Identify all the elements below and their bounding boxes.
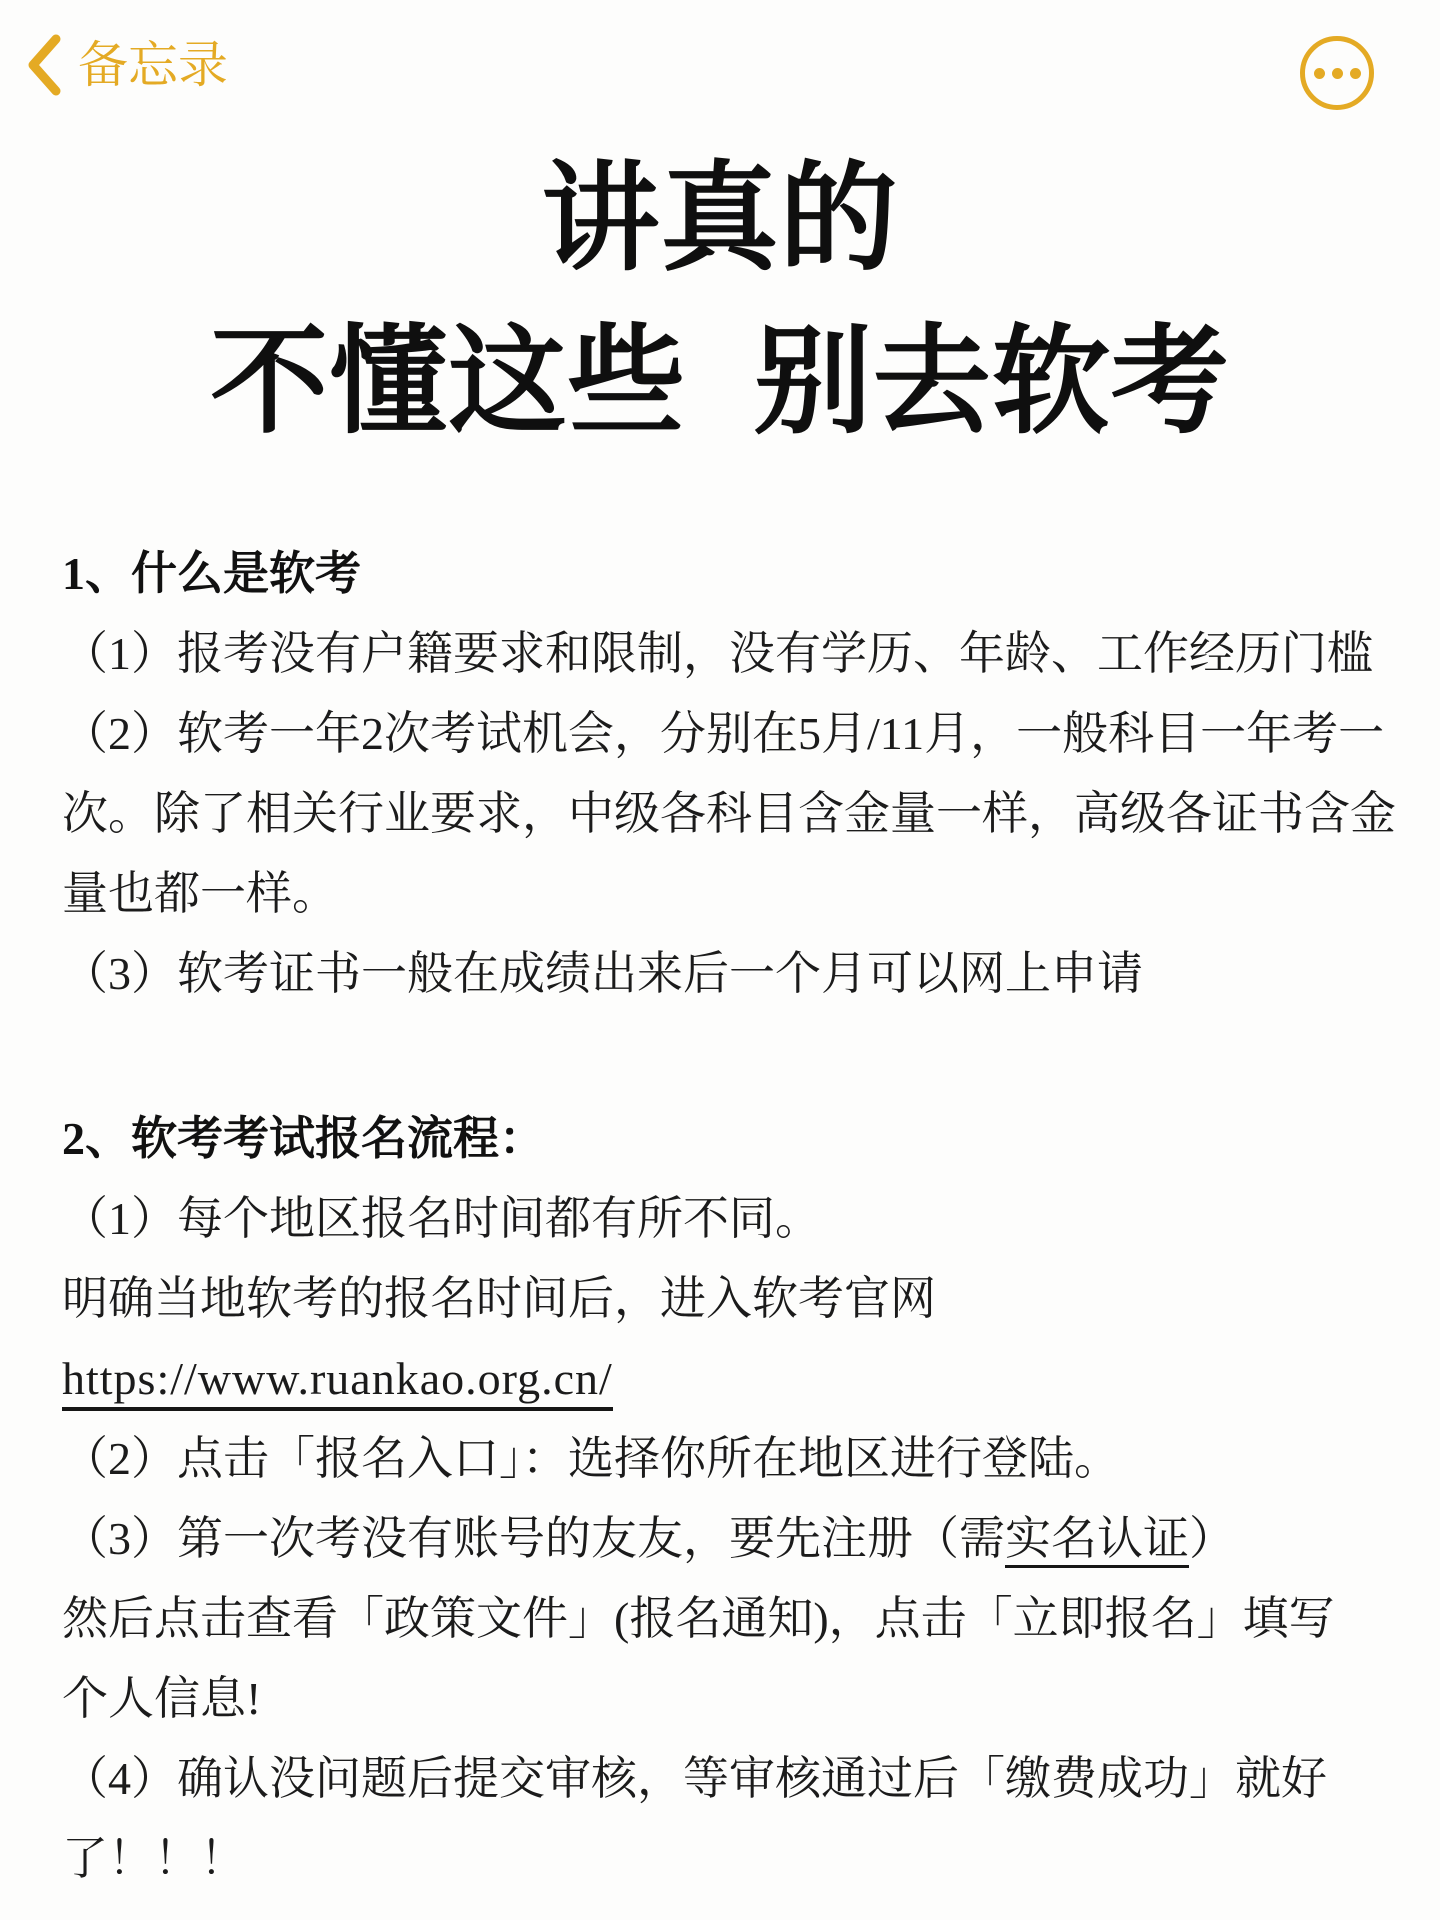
section2-heading: 2、软考考试报名流程： (62, 1099, 1378, 1179)
note-line: （1）报考没有户籍要求和限制，没有学历、年龄、工作经历门槛 (62, 614, 1378, 694)
note-line: https://www.ruankao.org.cn/ (62, 1339, 1378, 1419)
top-navigation-bar: 备忘录 (0, 0, 1440, 116)
note-title: 讲真的 不懂这些 别去软考 (0, 138, 1440, 464)
note-line: （2）点击「报名入口」：选择你所在地区进行登陆。 (62, 1419, 1378, 1499)
note-title-line-2: 不懂这些 别去软考 (0, 301, 1440, 464)
note-line: 量也都一样。 (62, 854, 1378, 934)
note-line: 次。除了相关行业要求，中级各科目含金量一样，高级各证书含金 (62, 774, 1378, 854)
note-line: （3）第一次考没有账号的友友，要先注册（需实名认证） (62, 1499, 1378, 1579)
note-line: （2）软考一年2次考试机会，分别在5月/11月，一般科目一年考一 (62, 694, 1378, 774)
section-what-is-ruankao: 1、什么是软考 （1）报考没有户籍要求和限制，没有学历、年龄、工作经历门槛 （2… (62, 534, 1378, 1014)
note-line: （3）软考证书一般在成绩出来后一个月可以网上申请 (62, 934, 1378, 1014)
line-text: ） (1189, 1513, 1235, 1564)
note-line: （1）每个地区报名时间都有所不同。 (62, 1179, 1378, 1259)
ruankao-website-link[interactable]: https://www.ruankao.org.cn/ (62, 1353, 613, 1411)
realname-auth-underlined-text: 实名认证 (1005, 1513, 1189, 1568)
note-line: （4）确认没问题后提交审核，等审核通过后「缴费成功」就好 (62, 1739, 1378, 1819)
back-button[interactable]: 备忘录 (26, 34, 228, 96)
chevron-left-icon (26, 34, 62, 96)
note-title-line-1: 讲真的 (0, 138, 1440, 301)
back-button-label: 备忘录 (78, 40, 228, 90)
note-line: 明确当地软考的报名时间后，进入软考官网 (62, 1259, 1378, 1339)
note-body: 1、什么是软考 （1）报考没有户籍要求和限制，没有学历、年龄、工作经历门槛 （2… (0, 534, 1440, 1899)
note-line: 然后点击查看「政策文件」(报名通知)，点击「立即报名」填写 (62, 1579, 1378, 1659)
section1-heading: 1、什么是软考 (62, 534, 1378, 614)
line-text: （3）第一次考没有账号的友友，要先注册（需 (62, 1513, 1005, 1564)
note-line: 个人信息! (62, 1659, 1378, 1739)
more-options-button[interactable] (1300, 36, 1374, 110)
note-line: 了！！！ (62, 1819, 1378, 1899)
notes-app-page: 备忘录 讲真的 不懂这些 别去软考 1、什么是软考 （1）报考没有户籍要求和限制… (0, 0, 1440, 1920)
ellipsis-icon (1314, 68, 1361, 79)
section-registration-process: 2、软考考试报名流程： （1）每个地区报名时间都有所不同。 明确当地软考的报名时… (62, 1099, 1378, 1899)
